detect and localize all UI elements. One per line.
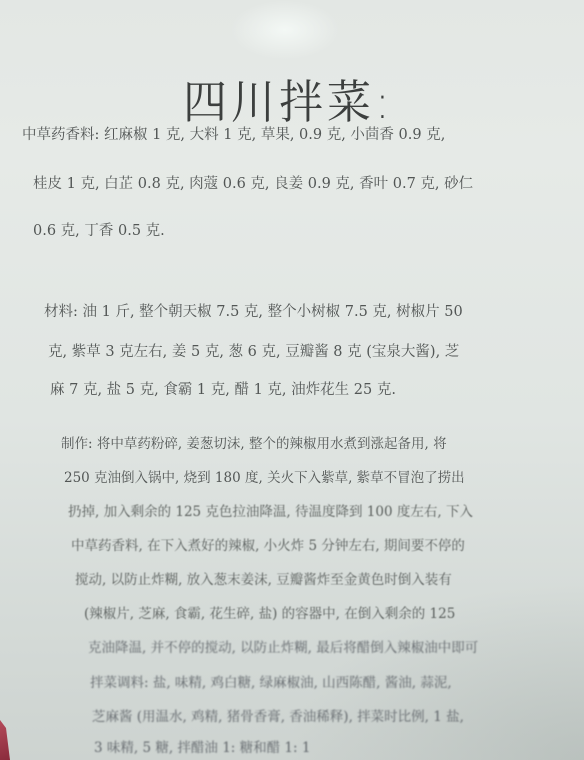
light-glare	[230, 0, 340, 60]
method-line-9: 芝麻酱 (用温水, 鸡精, 猪骨香膏, 香油稀释), 拌菜时比例, 1 盐,	[92, 705, 464, 725]
ingredients-line-1: 材料: 油 1 斤, 整个朝天椒 7.5 克, 整个小树椒 7.5 克, 树椒片…	[44, 300, 463, 321]
method-line-8: 拌菜调料: 盐, 味精, 鸡白糖, 绿麻椒油, 山西陈醋, 酱油, 蒜泥,	[90, 671, 452, 691]
spices-line-2: 桂皮 1 克, 白芷 0.8 克, 肉蔻 0.6 克, 良姜 0.9 克, 香叶…	[33, 172, 473, 193]
document-title: 四川拌菜:	[183, 64, 394, 131]
method-line-10: 3 味精, 5 糖, 拌醋油 1: 糖和醋 1: 1	[94, 736, 310, 756]
ingredients-line-3: 麻 7 克, 盐 5 克, 食霸 1 克, 醋 1 克, 油炸花生 25 克.	[50, 378, 396, 399]
method-line-2: 250 克油倒入锅中, 烧到 180 度, 关火下入紫草, 紫草不冒泡了捞出	[64, 466, 465, 486]
red-edge-object	[0, 720, 10, 760]
method-line-6: (辣椒片, 芝麻, 食霸, 花生碎, 盐) 的容器中, 在倒入剩余的 125	[84, 602, 455, 622]
recipe-page: 四川拌菜: 中草药香料: 红麻椒 1 克, 大料 1 克, 草果, 0.9 克,…	[0, 0, 584, 760]
method-line-4: 中草药香料, 在下入煮好的辣椒, 小火炸 5 分钟左右, 期间要不停的	[71, 534, 465, 554]
method-line-7: 克油降温, 并不停的搅动, 以防止炸糊, 最后将醋倒入辣椒油中即可	[88, 636, 478, 656]
method-line-1: 制作: 将中草药粉碎, 姜葱切沫, 整个的辣椒用水煮到涨起备用, 将	[61, 432, 447, 452]
ingredients-line-2: 克, 紫草 3 克左右, 姜 5 克, 葱 6 克, 豆瓣酱 8 克 (宝泉大酱…	[48, 340, 459, 361]
method-line-5: 搅动, 以防止炸糊, 放入葱末姜沫, 豆瓣酱炸至金黄色时倒入装有	[75, 568, 452, 588]
spices-line-3: 0.6 克, 丁香 0.5 克.	[33, 219, 165, 240]
method-line-3: 扔掉, 加入剩余的 125 克色拉油降温, 待温度降到 100 度左右, 下入	[68, 500, 473, 520]
spices-line-1: 中草药香料: 红麻椒 1 克, 大料 1 克, 草果, 0.9 克, 小茴香 0…	[22, 123, 445, 144]
